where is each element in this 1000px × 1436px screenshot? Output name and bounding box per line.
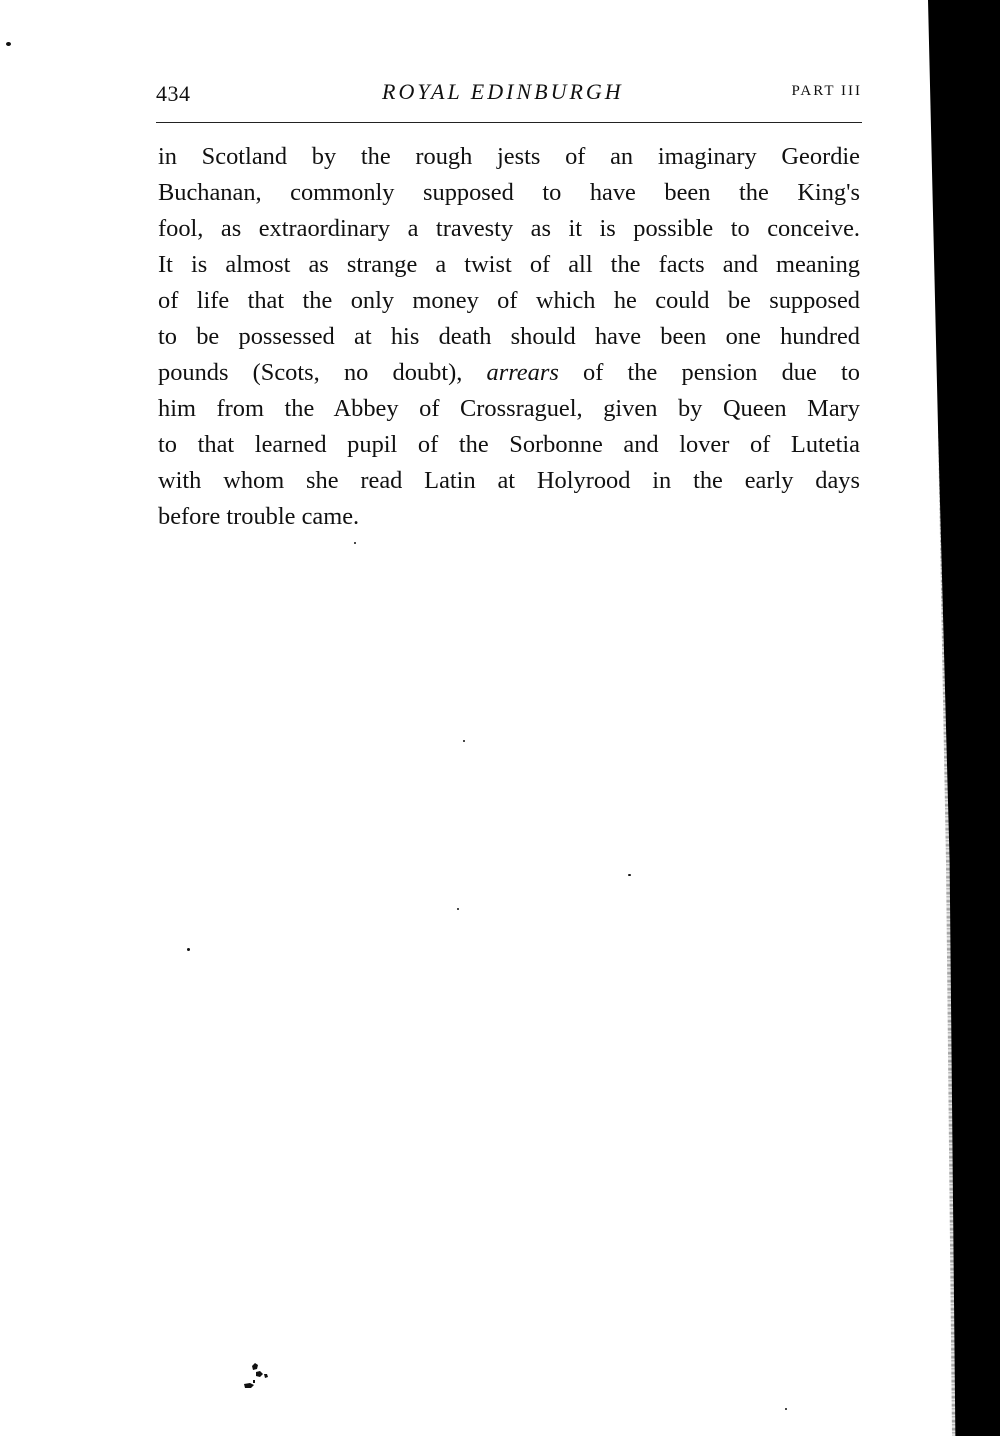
part-label: PART III (791, 83, 862, 100)
text-line: pounds (Scots, no doubt), arrears of the… (158, 355, 860, 391)
page-number: 434 (156, 81, 191, 107)
text-line: him from the Abbey of Crossraguel, given… (158, 391, 860, 427)
header-rule (156, 122, 862, 123)
running-header: 434 ROYAL EDINBURGH PART III (156, 77, 862, 109)
scan-speck (354, 542, 356, 544)
text-line: of life that the only money of which he … (158, 283, 860, 319)
text-line: It is almost as strange a twist of all t… (158, 247, 860, 283)
text-line: to be possessed at his death should have… (158, 319, 860, 355)
running-title: ROYAL EDINBURGH (382, 79, 624, 105)
scan-page-edge-shadow (928, 0, 1000, 1436)
scan-speck (457, 908, 459, 910)
ink-blot-mark (238, 1354, 278, 1394)
text-line: to that learned pupil of the Sorbonne an… (158, 427, 860, 463)
body-paragraph: in Scotland by the rough jests of an ima… (158, 139, 860, 535)
text-line: in Scotland by the rough jests of an ima… (158, 139, 860, 175)
scan-speck (463, 740, 465, 742)
text-run: of the pension due to (559, 359, 860, 386)
text-line: Buchanan, commonly supposed to have been… (158, 175, 860, 211)
scan-speck (785, 1408, 787, 1410)
scan-speck (187, 948, 190, 951)
italic-word: arrears (487, 359, 559, 386)
text-line-last: before trouble came. (158, 499, 860, 535)
text-line: fool, as extraordinary a travesty as it … (158, 211, 860, 247)
scan-speck (6, 42, 11, 46)
text-line: with whom she read Latin at Holyrood in … (158, 463, 860, 499)
scan-speck (628, 874, 631, 876)
text-run: pounds (Scots, no doubt), (158, 359, 487, 386)
